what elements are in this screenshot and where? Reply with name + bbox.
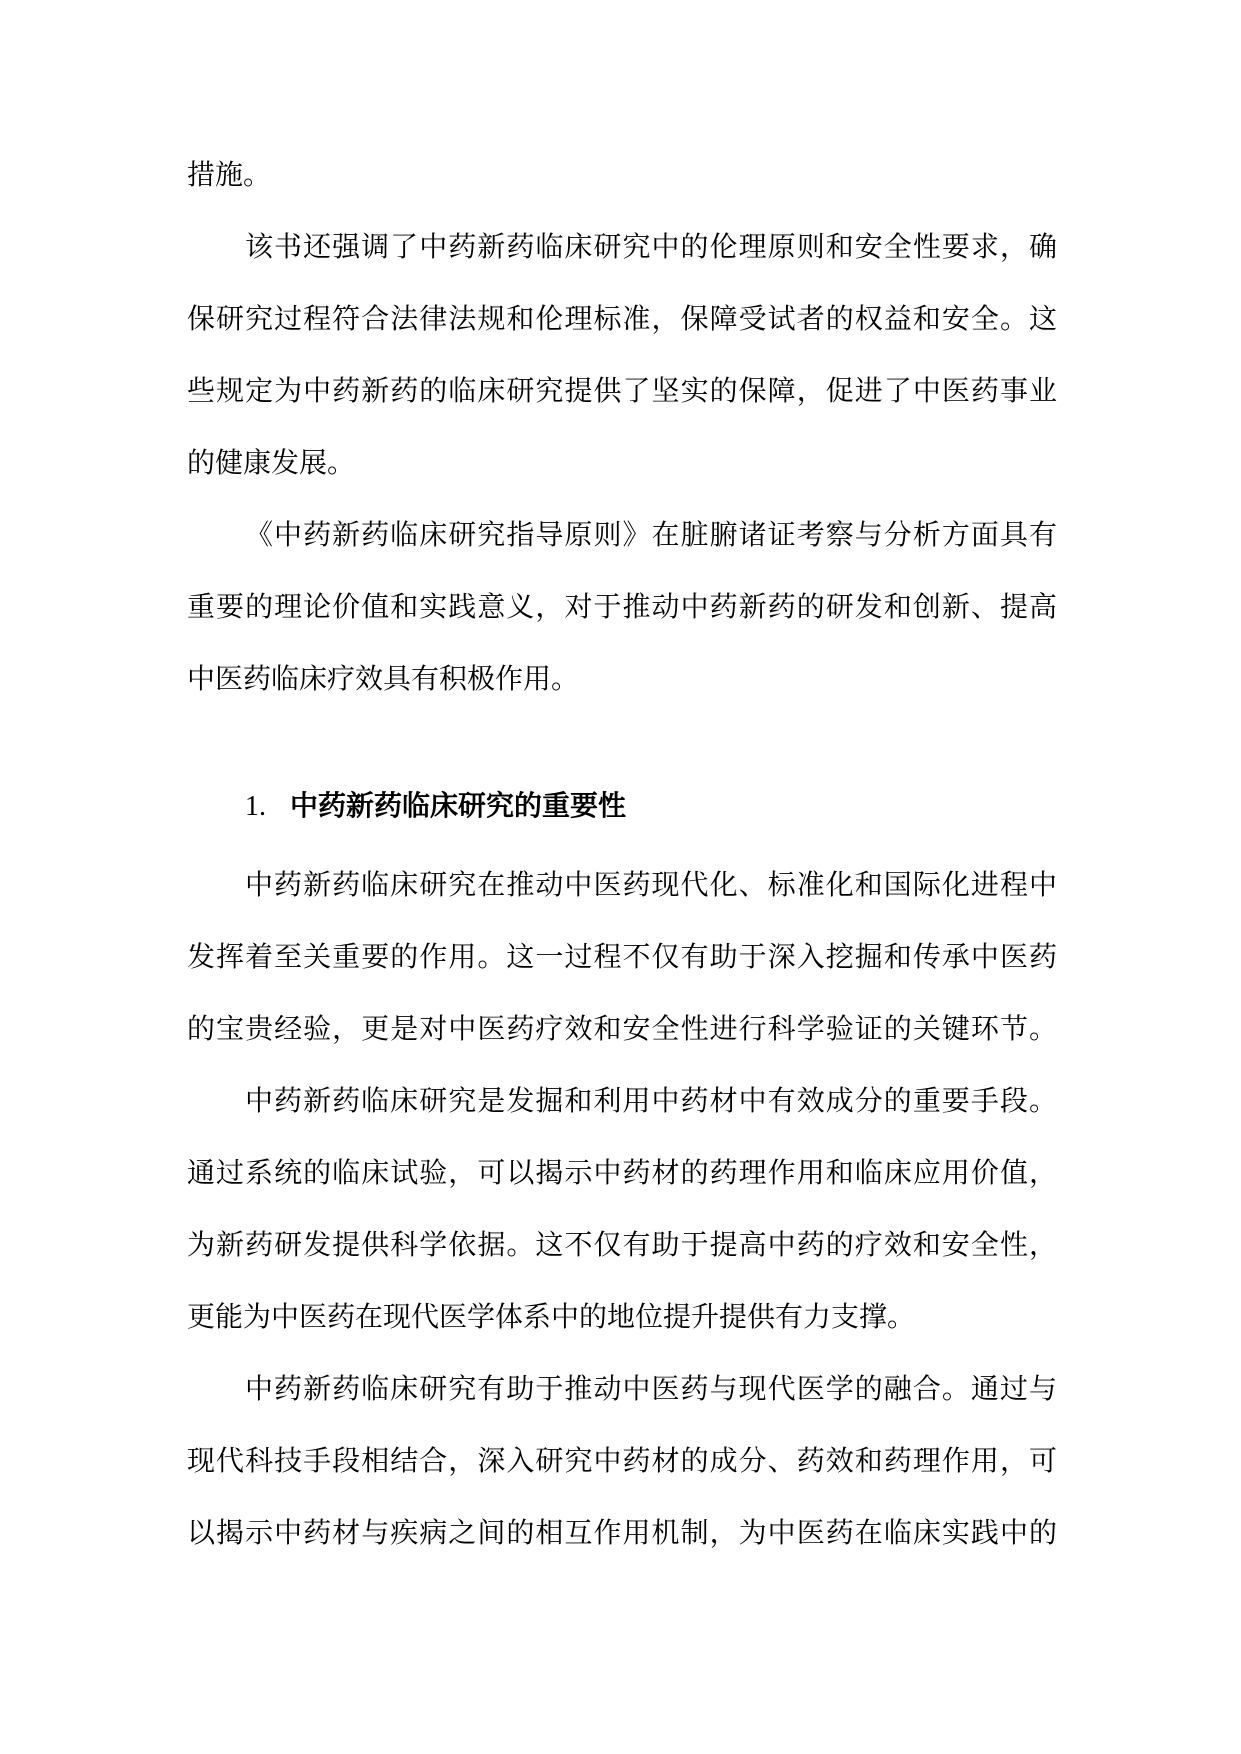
paragraph-line: 重要的理论价值和实践意义，对于推动中药新药的研发和创新、提高 bbox=[187, 589, 1057, 625]
paragraph-line: 以揭示中药材与疾病之间的相互作用机制，为中医药在临床实践中的 bbox=[187, 1515, 1057, 1551]
paragraph-line: 中医药临床疗效具有积极作用。 bbox=[187, 661, 1057, 697]
paragraph-line: 通过系统的临床试验，可以揭示中药材的药理作用和临床应用价值， bbox=[187, 1155, 1057, 1191]
paragraph-line: 更能为中医药在现代医学体系中的地位提升提供有力支撑。 bbox=[187, 1299, 1057, 1335]
paragraph-line: 保研究过程符合法律法规和伦理标准，保障受试者的权益和安全。这 bbox=[187, 301, 1057, 337]
paragraph-line: 该书还强调了中药新药临床研究中的伦理原则和安全性要求，确 bbox=[245, 229, 1057, 265]
section-number: 1. bbox=[245, 789, 290, 825]
paragraph-line: 些规定为中药新药的临床研究提供了坚实的保障，促进了中医药事业 bbox=[187, 373, 1057, 409]
paragraph-line: 发挥着至关重要的作用。这一过程不仅有助于深入挖掘和传承中医药 bbox=[187, 939, 1057, 975]
section-title: 中药新药临床研究的重要性 bbox=[290, 789, 626, 822]
paragraph-line: 《中药新药临床研究指导原则》在脏腑诸证考察与分析方面具有 bbox=[245, 517, 1057, 553]
paragraph-line: 的健康发展。 bbox=[187, 445, 1057, 481]
paragraph-line: 为新药研发提供科学依据。这不仅有助于提高中药的疗效和安全性， bbox=[187, 1227, 1057, 1263]
paragraph-line: 中药新药临床研究有助于推动中医药与现代医学的融合。通过与 bbox=[245, 1371, 1057, 1407]
paragraph-line: 措施。 bbox=[187, 157, 1057, 193]
document-page: 措施。 该书还强调了中药新药临床研究中的伦理原则和安全性要求，确 保研究过程符合… bbox=[0, 0, 1241, 1754]
paragraph-line: 中药新药临床研究在推动中医药现代化、标准化和国际化进程中 bbox=[245, 867, 1057, 903]
paragraph-line: 中药新药临床研究是发掘和利用中药材中有效成分的重要手段。 bbox=[245, 1083, 1057, 1119]
section-heading: 1.中药新药临床研究的重要性 bbox=[245, 788, 626, 825]
paragraph-line: 现代科技手段相结合，深入研究中药材的成分、药效和药理作用，可 bbox=[187, 1443, 1057, 1479]
paragraph-line: 的宝贵经验，更是对中医药疗效和安全性进行科学验证的关键环节。 bbox=[187, 1011, 1057, 1047]
